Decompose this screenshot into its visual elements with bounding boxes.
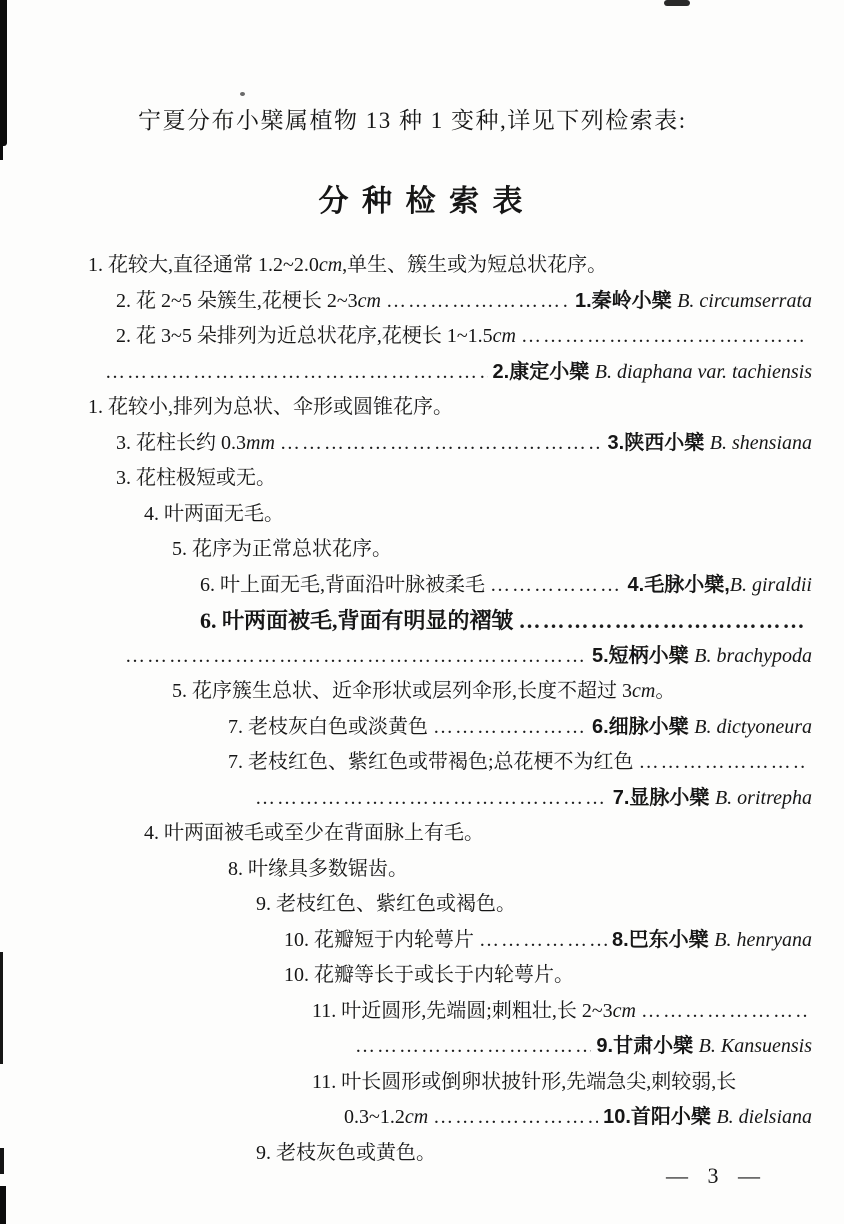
key-line-left: 5. 花序簇生总状、近伞形状或层列伞形,长度不超过 3cm。 <box>172 680 675 702</box>
key-line: 1. 花较大,直径通常 1.2~2.0cm,单生、簇生或为短总状花序。 <box>0 248 812 284</box>
species-latin-name: B. dielsiana <box>716 1106 812 1128</box>
key-line-left: 7. 老枝红色、紫红色或带褐色;总花梗不为红色 <box>228 745 634 781</box>
intro-sentence: 宁夏分布小檗属植物 13 种 1 变种,详见下列检索表: <box>138 102 687 135</box>
species-latin-name: B. giraldii <box>730 574 812 596</box>
species-latin-name: cm <box>319 254 342 276</box>
key-line: 3. 花柱长约 0.3mm………………………………………………………………………… <box>0 426 812 462</box>
key-line-left: 0.3~1.2cm <box>344 1100 428 1136</box>
key-text: 9. 老枝灰色或黄色。 <box>256 1142 436 1164</box>
key-line-left: 1. 花较大,直径通常 1.2~2.0cm,单生、簇生或为短总状花序。 <box>88 254 607 276</box>
leader-dots: …………………………………………………………………………………………………………… <box>255 781 608 817</box>
key-text: 11. 叶长圆形或倒卵状披针形,先端急尖,刺较弱,长 <box>312 1071 736 1093</box>
key-text: 6. 叶两面被毛,背面有明显的褶皱 <box>200 608 514 633</box>
key-line: 6. 叶上面无毛,背面沿叶脉被柔毛……………………………………………………………… <box>0 568 812 604</box>
species-cn-name: 1.秦岭小檗 <box>575 290 677 312</box>
key-line: 1. 花较小,排列为总状、伞形或圆锥花序。 <box>0 390 812 426</box>
species-latin-name: mm <box>246 432 275 454</box>
key-line-left: 10. 花瓣短于内轮萼片 <box>284 923 474 959</box>
species-latin-name: B. oritrepha <box>715 787 812 809</box>
leader-dots: …………………………………………………………………………………………………………… <box>433 1100 598 1136</box>
species-cn-name: 9.甘肃小檗 <box>596 1035 698 1057</box>
species-latin-name: cm <box>632 680 655 702</box>
key-text: 。 <box>655 680 675 702</box>
key-line-species: 10.首阳小檗 B. dielsiana <box>603 1100 812 1136</box>
key-line: 6. 叶两面被毛,背面有明显的褶皱……………………………………………………………… <box>0 603 812 639</box>
key-text: 1. 花较小,排列为总状、伞形或圆锥花序。 <box>88 396 453 418</box>
key-line: …………………………………………………………………………………………………………… <box>0 355 812 391</box>
key-line: …………………………………………………………………………………………………………… <box>0 639 812 675</box>
scan-artifact-left-bar <box>0 0 7 146</box>
key-line-left: 8. 叶缘具多数锯齿。 <box>228 858 408 880</box>
key-lines: 1. 花较大,直径通常 1.2~2.0cm,单生、簇生或为短总状花序。2. 花 … <box>0 248 812 1171</box>
key-line-species: 2.康定小檗 B. diaphana var. tachiensis <box>493 355 812 391</box>
key-text: 0.3~1.2 <box>344 1106 405 1128</box>
key-line-left: 11. 叶近圆形,先端圆;刺粗壮,长 2~3cm <box>312 994 636 1030</box>
key-line: 0.3~1.2cm…………………………………………………………………………………… <box>0 1100 812 1136</box>
species-cn-name: 10.首阳小檗 <box>603 1106 716 1128</box>
species-latin-name: B. henryana <box>714 929 812 951</box>
species-latin-name: B. Kansuensis <box>699 1035 812 1057</box>
key-text: 8. 叶缘具多数锯齿。 <box>228 858 408 880</box>
scan-artifact-top-dash <box>664 0 690 6</box>
key-text: 2. 花 2~5 朵簇生,花梗长 2~3 <box>116 290 358 312</box>
key-line-left: 6. 叶两面被毛,背面有明显的褶皱 <box>200 603 514 639</box>
key-text: 6. 叶上面无毛,背面沿叶脉被柔毛 <box>200 574 485 596</box>
key-line-left: 3. 花柱长约 0.3mm <box>116 426 275 462</box>
key-line-left: 4. 叶两面无毛。 <box>144 503 284 525</box>
species-cn-name: 4.毛脉小檗, <box>628 574 730 596</box>
key-line: 4. 叶两面被毛或至少在背面脉上有毛。 <box>0 816 812 852</box>
key-text: 3. 花柱极短或无。 <box>116 467 276 489</box>
key-line-left: 7. 老枝灰白色或淡黄色 <box>228 710 428 746</box>
key-text: ,单生、簇生或为短总状花序。 <box>342 254 607 276</box>
key-line: 9. 老枝红色、紫红色或褐色。 <box>0 887 812 923</box>
species-latin-name: cm <box>613 1000 636 1022</box>
species-cn-name: 2.康定小檗 <box>493 361 595 383</box>
key-line: 2. 花 3~5 朵排列为近总状花序,花梗长 1~1.5cm…………………………… <box>0 319 812 355</box>
key-line-left: 5. 花序为正常总状花序。 <box>172 538 392 560</box>
key-text: 1. 花较大,直径通常 1.2~2.0 <box>88 254 319 276</box>
key-line: 10. 花瓣等长于或长于内轮萼片。 <box>0 958 812 994</box>
key-line: 3. 花柱极短或无。 <box>0 461 812 497</box>
key-line: 7. 老枝红色、紫红色或带褐色;总花梗不为红色……………………………………………… <box>0 745 812 781</box>
key-line-left: 3. 花柱极短或无。 <box>116 467 276 489</box>
key-line: 5. 花序为正常总状花序。 <box>0 532 812 568</box>
page-title: 分 种 检 索 表 <box>0 176 844 220</box>
key-text: 10. 花瓣等长于或长于内轮萼片。 <box>284 964 574 986</box>
scan-artifact-bottom-blob <box>0 1186 6 1224</box>
species-cn-name: 5.短柄小檗 <box>592 645 694 667</box>
leader-dots: …………………………………………………………………………………………………………… <box>125 639 587 675</box>
key-line-species: 4.毛脉小檗,B. giraldii <box>628 568 812 604</box>
species-cn-name: 3.陕西小檗 <box>608 432 710 454</box>
key-text: 2. 花 3~5 朵排列为近总状花序,花梗长 1~1.5 <box>116 325 493 347</box>
key-line-left: 10. 花瓣等长于或长于内轮萼片。 <box>284 964 574 986</box>
scanned-book-page: 宁夏分布小檗属植物 13 种 1 变种,详见下列检索表: 分 种 检 索 表 1… <box>0 0 844 1224</box>
key-text: 4. 叶两面无毛。 <box>144 503 284 525</box>
key-line-left: 1. 花较小,排列为总状、伞形或圆锥花序。 <box>88 396 453 418</box>
species-latin-name: B. shensiana <box>710 432 812 454</box>
leader-dots: …………………………………………………………………………………………………………… <box>479 923 607 959</box>
leader-dots: …………………………………………………………………………………………………………… <box>639 745 807 781</box>
key-text: 5. 花序簇生总状、近伞形状或层列伞形,长度不超过 3 <box>172 680 632 702</box>
key-line-species: 8.巴东小檗 B. henryana <box>612 923 812 959</box>
leader-dots: …………………………………………………………………………………………………………… <box>105 355 488 391</box>
key-line-left: 2. 花 3~5 朵排列为近总状花序,花梗长 1~1.5cm <box>116 319 516 355</box>
key-line-left: 2. 花 2~5 朵簇生,花梗长 2~3cm <box>116 284 381 320</box>
key-text: 5. 花序为正常总状花序。 <box>172 538 392 560</box>
key-line-left: 9. 老枝红色、紫红色或褐色。 <box>256 893 516 915</box>
leader-dots: …………………………………………………………………………………………………………… <box>519 603 807 639</box>
key-line-left: 9. 老枝灰色或黄色。 <box>256 1142 436 1164</box>
leader-dots: …………………………………………………………………………………………………………… <box>280 426 603 462</box>
scan-artifact-speck <box>240 92 245 96</box>
key-text: 9. 老枝红色、紫红色或褐色。 <box>256 893 516 915</box>
key-line: 5. 花序簇生总状、近伞形状或层列伞形,长度不超过 3cm。 <box>0 674 812 710</box>
key-line: …………………………………………………………………………………………………………… <box>0 781 812 817</box>
species-latin-name: B. diaphana var. tachiensis <box>595 361 812 383</box>
leader-dots: …………………………………………………………………………………………………………… <box>386 284 570 320</box>
key-line-species: 7.显脉小檗 B. oritrepha <box>613 781 812 817</box>
key-text: 4. 叶两面被毛或至少在背面脉上有毛。 <box>144 822 484 844</box>
key-line-species: 5.短柄小檗 B. brachypoda <box>592 639 812 675</box>
species-latin-name: cm <box>493 325 516 347</box>
key-line-left: 6. 叶上面无毛,背面沿叶脉被柔毛 <box>200 568 485 604</box>
leader-dots: …………………………………………………………………………………………………………… <box>433 710 587 746</box>
key-line: 10. 花瓣短于内轮萼片…………………………………………………………………………… <box>0 923 812 959</box>
key-line: …………………………………………………………………………………………………………… <box>0 1029 812 1065</box>
leader-dots: …………………………………………………………………………………………………………… <box>521 319 807 355</box>
key-line: 4. 叶两面无毛。 <box>0 497 812 533</box>
leader-dots: …………………………………………………………………………………………………………… <box>641 994 807 1030</box>
key-line: 11. 叶近圆形,先端圆;刺粗壮,长 2~3cm…………………………………………… <box>0 994 812 1030</box>
scan-artifact-left-stub <box>0 146 3 160</box>
key-text: 11. 叶近圆形,先端圆;刺粗壮,长 2~3 <box>312 1000 613 1022</box>
key-line: 7. 老枝灰白色或淡黄色…………………………………………………………………………… <box>0 710 812 746</box>
species-cn-name: 6.细脉小檗 <box>592 716 694 738</box>
species-latin-name: cm <box>358 290 381 312</box>
species-cn-name: 8.巴东小檗 <box>612 929 714 951</box>
species-latin-name: B. brachypoda <box>694 645 812 667</box>
species-latin-name: B. circumserrata <box>677 290 812 312</box>
key-line-left: 11. 叶长圆形或倒卵状披针形,先端急尖,刺较弱,长 <box>312 1071 736 1093</box>
key-line-species: 6.细脉小檗 B. dictyoneura <box>592 710 812 746</box>
species-latin-name: B. dictyoneura <box>694 716 812 738</box>
key-line: 8. 叶缘具多数锯齿。 <box>0 852 812 888</box>
page-number: — 3 — <box>666 1163 767 1189</box>
key-line-species: 3.陕西小檗 B. shensiana <box>608 426 812 462</box>
leader-dots: …………………………………………………………………………………………………………… <box>355 1029 591 1065</box>
key-line: 2. 花 2~5 朵簇生,花梗长 2~3cm………………………………………………… <box>0 284 812 320</box>
key-text: 3. 花柱长约 0.3 <box>116 432 246 454</box>
key-text: 7. 老枝灰白色或淡黄色 <box>228 716 428 738</box>
key-line-left: 4. 叶两面被毛或至少在背面脉上有毛。 <box>144 822 484 844</box>
key-line: 11. 叶长圆形或倒卵状披针形,先端急尖,刺较弱,长 <box>0 1065 812 1101</box>
key-text: 7. 老枝红色、紫红色或带褐色;总花梗不为红色 <box>228 751 634 773</box>
species-latin-name: cm <box>405 1106 428 1128</box>
key-text: 10. 花瓣短于内轮萼片 <box>284 929 474 951</box>
key-line-species: 9.甘肃小檗 B. Kansuensis <box>596 1029 812 1065</box>
species-cn-name: 7.显脉小檗 <box>613 787 715 809</box>
key-line-species: 1.秦岭小檗 B. circumserrata <box>575 284 812 320</box>
leader-dots: …………………………………………………………………………………………………………… <box>490 568 623 604</box>
